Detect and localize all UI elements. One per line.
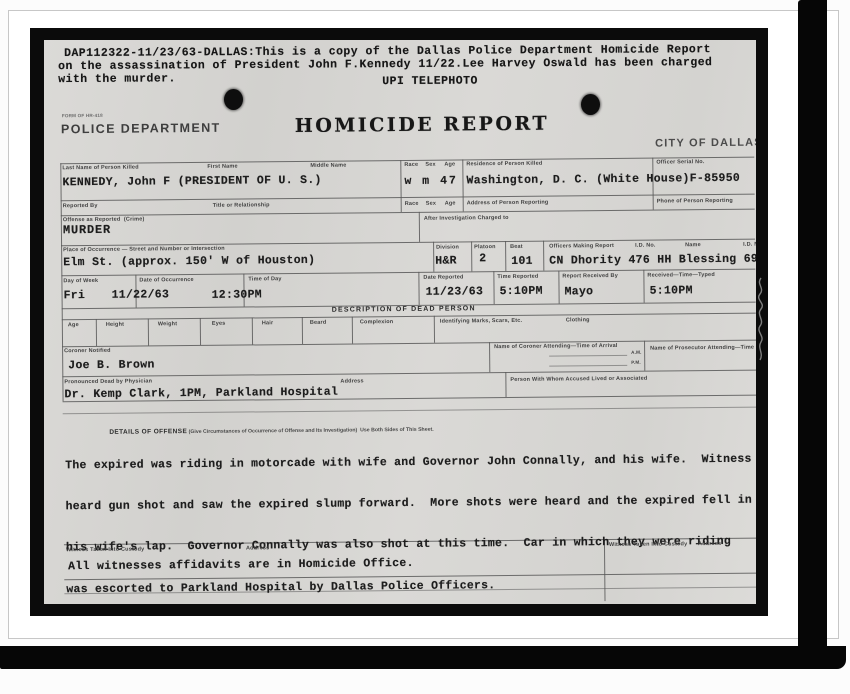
label-reported-by: Reported By: [63, 203, 98, 209]
label-platoon: Platoon: [474, 244, 496, 250]
label-prosecutor-attending: Name of Prosecutor Attending—Time of Arr…: [650, 344, 756, 351]
narrative-line-1: The expired was riding in motorcade with…: [65, 452, 752, 472]
label-witness-right-address: Address: [698, 541, 721, 547]
label-first-name: First Name: [207, 164, 237, 170]
label-last-name: Last Name of Person Killed: [62, 165, 138, 172]
label-age: Age: [444, 161, 455, 167]
label-date-occurrence: Date of Occurrence: [139, 277, 193, 284]
label-pm: P.M.: [631, 360, 641, 365]
label-officers: Officers Making Report: [549, 243, 614, 250]
label-desc-beard: Beard: [310, 320, 327, 326]
label-id-no-1: I.D. No.: [635, 243, 656, 249]
label-title-relationship: Title or Relationship: [213, 202, 270, 209]
time-value: 12:30PM: [212, 288, 263, 301]
label-received-time: Received—Time—Typed: [647, 272, 715, 279]
label-phone-reporting: Phone of Person Reporting: [657, 198, 733, 205]
press-photo-scan: DAP112322-11/23/63-DALLAS:This is a copy…: [0, 0, 850, 694]
label-officer-serial: Officer Serial No.: [656, 159, 704, 165]
label-charged-to: After Investigation Charged to: [424, 215, 509, 222]
label-id-no-2: I.D. No.: [743, 242, 756, 248]
label-desc-height: Height: [106, 322, 124, 328]
label-desc-complexion: Complexion: [360, 319, 394, 325]
beat-value: 101: [511, 255, 533, 268]
city-name: CITY OF DALLAS: [655, 137, 756, 150]
label-date-reported: Date Reported: [423, 274, 463, 280]
label-officer-name: Name: [685, 242, 701, 248]
label-coroner-attending: Name of Coroner Attending—Time of Arriva…: [494, 343, 618, 350]
time-reported-value: 5:10PM: [499, 285, 542, 298]
label-time-reported: Time Reported: [497, 274, 538, 280]
label-am: A.M.: [631, 350, 642, 355]
form-number: FORM OF HR-418: [62, 113, 103, 118]
label-desc-marks: Identifying Marks, Scars, Etc.: [440, 318, 522, 325]
label-sex-2: Sex: [426, 201, 436, 207]
label-desc-eyes: Eyes: [212, 321, 226, 327]
label-middle-name: Middle Name: [310, 163, 346, 169]
date-value: 11/22/63: [111, 288, 169, 302]
label-race: Race: [404, 162, 418, 168]
label-received-by: Report Received By: [562, 273, 618, 280]
label-desc-clothing: Clothing: [566, 317, 590, 323]
label-time-of-day: Time of Day: [248, 276, 281, 282]
victim-name: KENNEDY, John F (PRESIDENT OF U. S.): [62, 174, 321, 189]
label-witness-left: Witness Taken Into Custody: [66, 547, 144, 554]
label-coroner-notified: Coroner Notified: [64, 348, 111, 354]
narrative-line-4: was escorted to Parkland Hospital by Dal…: [66, 576, 753, 596]
platoon-value: 2: [479, 252, 486, 265]
day-value: Fri: [63, 289, 85, 302]
offense-value: MURDER: [63, 223, 111, 237]
officers-value: CN Dhority 476 HH Blessing 698: [549, 253, 756, 268]
label-witness-left-address: Address: [246, 545, 269, 551]
received-time-value: 5:10PM: [649, 284, 692, 297]
department-name: POLICE DEPARTMENT: [61, 121, 221, 137]
label-place: Place of Occurrence — Street and Number …: [63, 246, 225, 254]
label-age-2: Age: [445, 200, 456, 206]
frame-shadow-right: [798, 0, 827, 662]
label-sex: Sex: [425, 162, 435, 168]
label-division: Division: [436, 244, 459, 250]
label-race-2: Race: [405, 201, 419, 207]
physician-value: Dr. Kemp Clark, 1PM, Parkland Hospital: [64, 386, 338, 402]
label-address-reporting: Address of Person Reporting: [467, 200, 549, 207]
label-residence: Residence of Person Killed: [466, 161, 542, 168]
frame-shadow-bottom: [0, 646, 846, 669]
victim-residence: Washington, D. C. (White House)F-85950: [466, 172, 740, 188]
division-value: H&R: [435, 254, 457, 267]
homicide-report-form: FORM OF HR-418 POLICE DEPARTMENT HOMICID…: [44, 40, 756, 604]
report-title: HOMICIDE REPORT: [292, 113, 552, 137]
place-value: Elm St. (approx. 150' W of Houston): [63, 254, 315, 269]
narrative: The expired was riding in motorcade with…: [65, 425, 753, 604]
label-address: Address: [340, 378, 363, 384]
label-day-of-week: Day of Week: [63, 278, 98, 284]
label-pronounced-by: Pronounced Dead by Physician: [64, 378, 152, 385]
received-by-value: Mayo: [564, 285, 593, 298]
label-desc-hair: Hair: [262, 320, 274, 326]
victim-race-sex-age: w m 47: [404, 174, 458, 188]
label-desc-weight: Weight: [158, 321, 177, 327]
narrative-line-2: heard gun shot and saw the expired slump…: [66, 494, 753, 514]
label-desc-age: Age: [68, 322, 79, 328]
photograph: DAP112322-11/23/63-DALLAS:This is a copy…: [30, 28, 768, 616]
coroner-value: Joe B. Brown: [68, 358, 155, 372]
label-witness-right: Witness Taken Into Custody: [609, 541, 687, 548]
label-person-associated: Person With Whom Accused Lived or Associ…: [510, 376, 647, 383]
document-paper: DAP112322-11/23/63-DALLAS:This is a copy…: [44, 40, 756, 604]
date-reported-value: 11/23/63: [425, 285, 483, 299]
label-beat: Beat: [510, 244, 523, 250]
